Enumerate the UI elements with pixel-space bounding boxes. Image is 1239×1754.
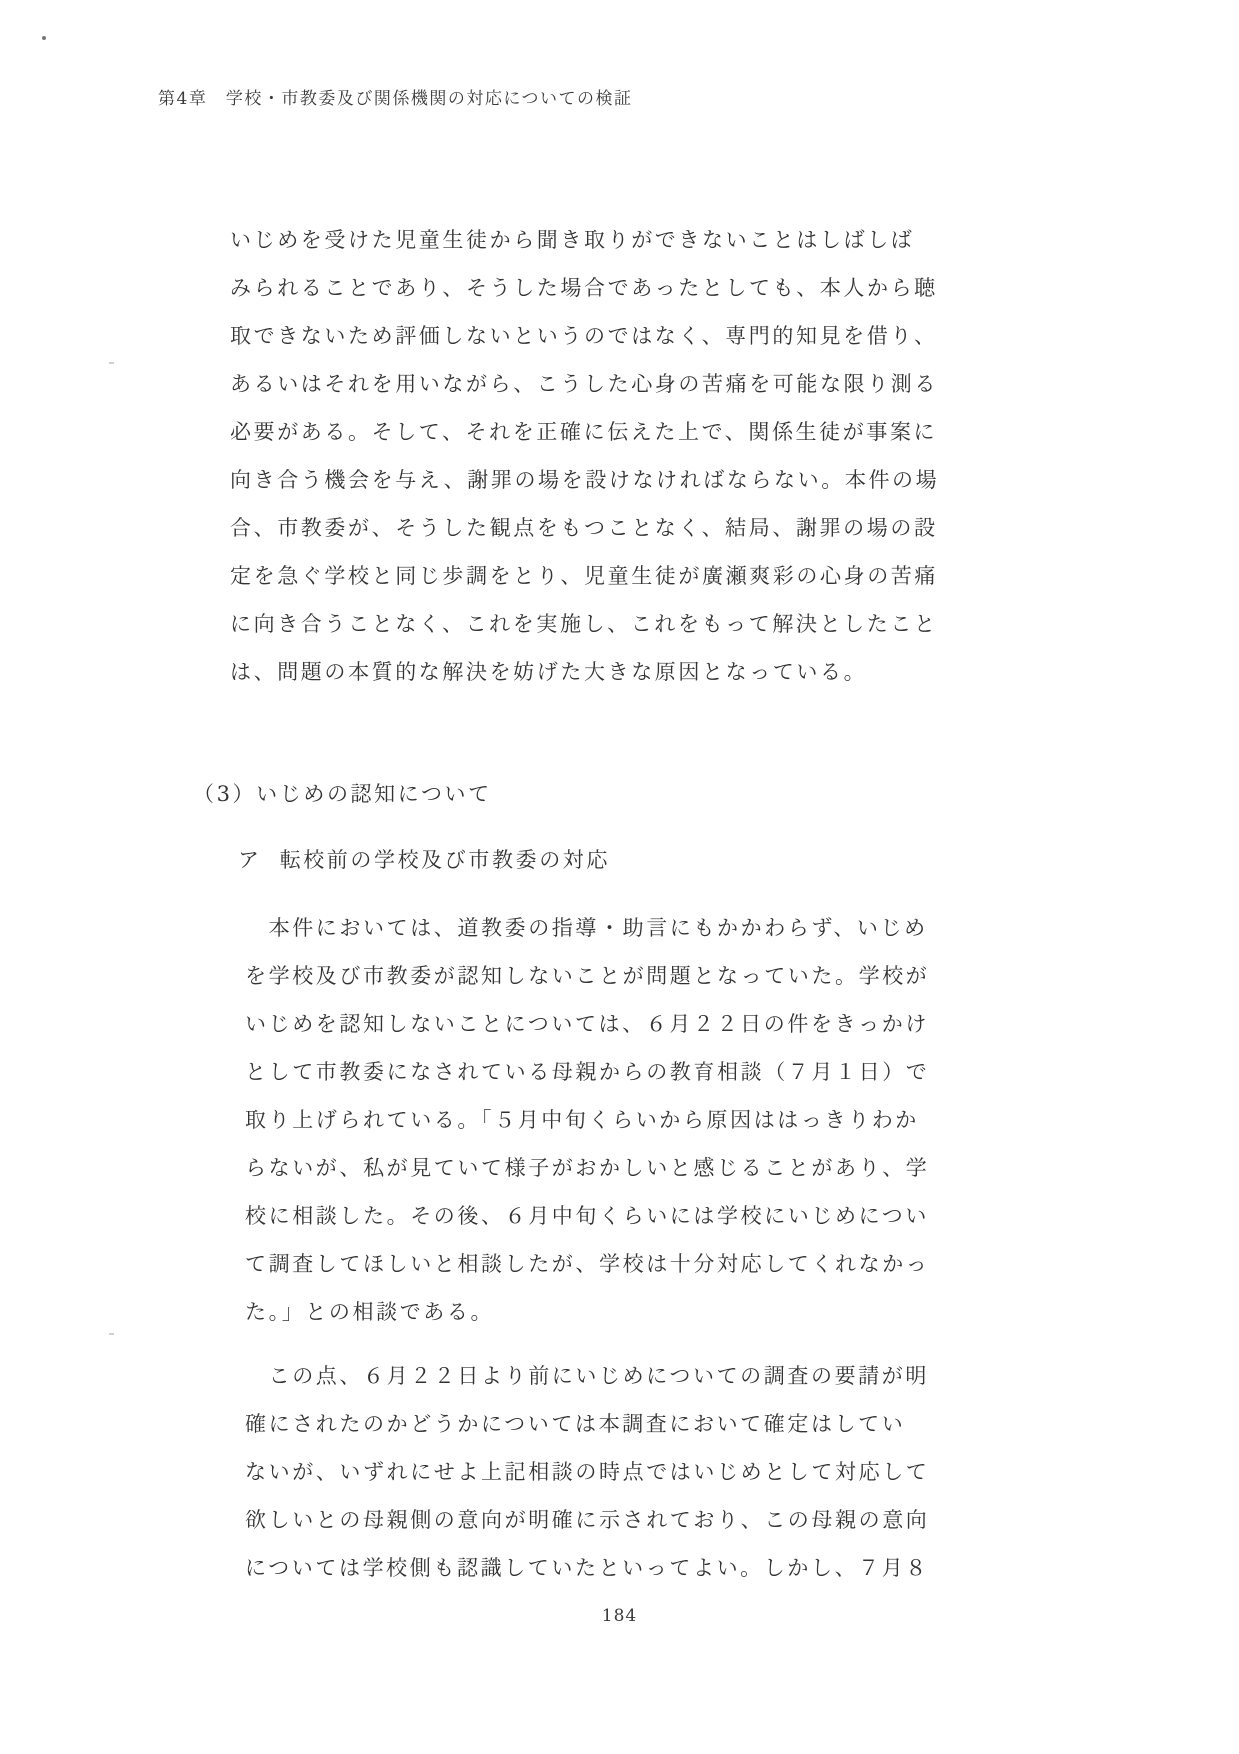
text-line: 必要がある。そして、それを正確に伝えた上で、関係生徒が事案に [230, 408, 990, 456]
text-line: については学校側も認識していたといってよい。しかし、７月８ [245, 1544, 985, 1592]
sub-heading-marker: ア [238, 836, 262, 884]
text-line: た。」との相談である。 [245, 1288, 985, 1336]
text-line: らないが、私が見ていて様子がおかしいと感じることがあり、学 [245, 1144, 985, 1192]
text-line: として市教委になされている母親からの教育相談（７月１日）で [245, 1048, 985, 1096]
text-line: 定を急ぐ学校と同じ歩調をとり、児童生徒が廣瀬爽彩の心身の苦痛 [230, 552, 990, 600]
scan-artifact [42, 36, 46, 40]
text-line: を学校及び市教委が認知しないことが問題となっていた。学校が [245, 952, 985, 1000]
sub-heading: ア 転校前の学校及び市教委の対応 [238, 836, 610, 884]
text-line: いじめを認知しないことについては、６月２２日の件をきっかけ [245, 1000, 985, 1048]
chapter-header: 第4章 学校・市教委及び関係機関の対応についての検証 [158, 84, 632, 109]
sub-heading-title: 転校前の学校及び市教委の対応 [280, 836, 610, 884]
text-line: みられることであり、そうした場合であったとしても、本人から聴 [230, 264, 990, 312]
text-line: に向き合うことなく、これを実施し、これをもって解決としたこと [230, 600, 990, 648]
document-page: 第4章 学校・市教委及び関係機関の対応についての検証 いじめを受けた児童生徒から… [0, 0, 1239, 1754]
text-line: ないが、いずれにせよ上記相談の時点ではいじめとして対応して [245, 1448, 985, 1496]
text-line: 校に相談した。その後、６月中旬くらいには学校にいじめについ [245, 1192, 985, 1240]
text-line: 欲しいとの母親側の意向が明確に示されており、この母親の意向 [245, 1496, 985, 1544]
text-line: あるいはそれを用いながら、こうした心身の苦痛を可能な限り測る [230, 360, 990, 408]
text-line: は、問題の本質的な解決を妨げた大きな原因となっている。 [230, 648, 990, 696]
text-line: 取できないため評価しないというのではなく、専門的知見を借り、 [230, 312, 990, 360]
text-line: いじめを受けた児童生徒から聞き取りができないことはしばしば [230, 216, 990, 264]
text-line: 本件においては、道教委の指導・助言にもかかわらず、いじめ [245, 904, 985, 952]
paragraph-3: この点、６月２２日より前にいじめについての調査の要請が明確にされたのかどうかにつ… [245, 1352, 985, 1592]
paragraph-1: いじめを受けた児童生徒から聞き取りができないことはしばしばみられることであり、そ… [230, 216, 990, 696]
scan-artifact [109, 362, 114, 364]
page-number: 184 [0, 1606, 1239, 1626]
text-line: て調査してほしいと相談したが、学校は十分対応してくれなかっ [245, 1240, 985, 1288]
paragraph-2: 本件においては、道教委の指導・助言にもかかわらず、いじめを学校及び市教委が認知し… [245, 904, 985, 1336]
text-line: 合、市教委が、そうした観点をもつことなく、結局、謝罪の場の設 [230, 504, 990, 552]
scan-artifact [109, 1333, 114, 1335]
text-line: この点、６月２２日より前にいじめについての調査の要請が明 [245, 1352, 985, 1400]
text-line: 確にされたのかどうかについては本調査において確定はしてい [245, 1400, 985, 1448]
section-heading: （3）いじめの認知について [193, 770, 492, 818]
text-line: 取り上げられている。「５月中旬くらいから原因ははっきりわか [245, 1096, 985, 1144]
text-line: 向き合う機会を与え、謝罪の場を設けなければならない。本件の場 [230, 456, 990, 504]
